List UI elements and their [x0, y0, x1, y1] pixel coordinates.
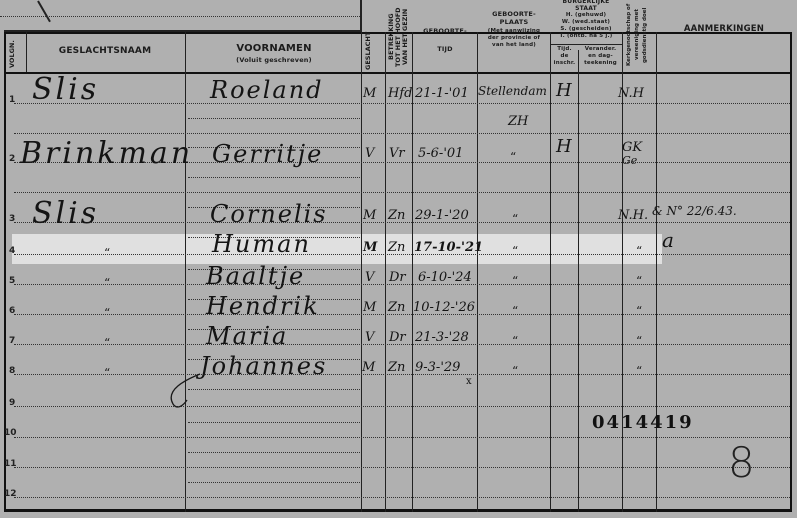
- row-number: 9: [9, 398, 15, 408]
- religion-cell: “: [636, 274, 642, 288]
- sex-cell: V: [365, 270, 374, 285]
- birth-place-cell: “: [510, 150, 516, 164]
- birth-date-cell: 29-1-'20: [415, 208, 469, 223]
- birth-date-mark: x: [466, 376, 472, 387]
- row-number: 10: [4, 428, 17, 438]
- row-number: 6: [9, 306, 15, 316]
- birth-date-cell: 21-1-'01: [415, 86, 469, 101]
- religion-cell: GK: [622, 140, 642, 155]
- col-divider: [578, 50, 579, 512]
- row-number: 5: [9, 276, 15, 286]
- birth-place-cell: “: [512, 364, 518, 378]
- given-name-cell: Hendrik: [206, 292, 320, 320]
- header-volgn: VOLGN.: [9, 40, 21, 68]
- row-number: 2: [9, 154, 15, 164]
- religion-cell: N.H.: [618, 208, 648, 223]
- birth-date-cell: 5-6-'01: [418, 146, 463, 161]
- row-number: 7: [9, 336, 15, 346]
- birth-date-cell: 9-3-'29: [415, 360, 460, 375]
- given-name-cell: Johannes: [200, 352, 327, 380]
- sex-cell: M: [363, 208, 376, 223]
- row-line: [14, 103, 790, 104]
- surname-cell: “: [104, 246, 110, 260]
- sub-line: [188, 452, 360, 453]
- religion-cell: “: [636, 304, 642, 318]
- header-geslachtsnaam: GESLACHTSNAAM: [30, 46, 180, 56]
- sub-line: [188, 389, 360, 390]
- decorative-line: [37, 1, 51, 23]
- religion-cell: “: [636, 334, 642, 348]
- given-name-cell: Roeland: [210, 76, 324, 104]
- surname-cell: Slis: [32, 196, 99, 231]
- religion-note: Ge: [622, 154, 637, 167]
- sex-cell: V: [365, 330, 374, 345]
- col-divider: [412, 32, 413, 512]
- subheader-divider: [551, 44, 622, 45]
- birth-place-cell: “: [512, 304, 518, 318]
- relation-cell: Dr: [389, 270, 406, 285]
- row-line: [14, 467, 790, 468]
- birth-place-cell: “: [512, 274, 518, 288]
- surname-cell: “: [104, 366, 110, 380]
- header-geboorteplaats: GEBOORTE- PLAATS: [478, 10, 550, 26]
- given-name-cell: Gerritje: [212, 140, 323, 168]
- birth-date-cell: 10-12-'26: [413, 300, 475, 315]
- sub-line: [188, 422, 360, 423]
- top-box-edge: [360, 0, 362, 30]
- header-kerkgenootschap: Kerkgenootschap of vereeniging met godsd…: [625, 2, 653, 68]
- surname-cell: Brinkman: [20, 136, 193, 171]
- header-aanmerkingen: AANMERKINGEN: [658, 24, 790, 34]
- col-divider: [26, 32, 27, 72]
- notes-cell: a: [662, 228, 674, 252]
- sex-cell: M: [363, 86, 376, 101]
- religion-cell: “: [636, 364, 642, 378]
- surname-cell: “: [104, 336, 110, 350]
- surname-cell: “: [104, 276, 110, 290]
- row-number: 11: [4, 459, 17, 469]
- header-burgerlijke-staat: BURGERLIJKE STAAT: [551, 0, 621, 12]
- header-geslacht: GESLACHT: [365, 36, 381, 70]
- given-name-cell: Maria: [206, 322, 288, 350]
- relation-cell: Dr: [389, 330, 406, 345]
- col-divider: [622, 32, 623, 512]
- birth-date-cell: 6-10-'24: [418, 270, 472, 285]
- col-divider: [185, 32, 186, 512]
- header-betrekking: BETREKKING TOT HET HOOFD VAN HET GEZIN: [388, 4, 410, 70]
- header-geboortetijd: GEBOORTE- TIJD: [413, 22, 477, 58]
- col-divider: [361, 32, 362, 512]
- birth-place-cell: Stellendam: [478, 84, 547, 98]
- col-divider: [477, 32, 478, 512]
- row-number: 12: [4, 489, 17, 499]
- header-voornamen-sub: (Voluit geschreven): [190, 56, 358, 64]
- birth-date-cell: 21-3-'28: [415, 330, 469, 345]
- sex-cell: M: [362, 360, 375, 375]
- sub-line: [188, 118, 360, 119]
- religion-cell: “: [636, 244, 642, 258]
- civil-status-cell: H: [556, 80, 572, 101]
- card-number: 8: [728, 438, 755, 487]
- sex-cell: M: [363, 300, 376, 315]
- surname-cell: “: [104, 306, 110, 320]
- birth-place-note: ZH: [508, 114, 528, 129]
- sub-line: [188, 177, 360, 178]
- col-divider: [550, 32, 551, 512]
- row-line: [14, 192, 790, 193]
- given-name-cell: Baaltje: [206, 262, 305, 290]
- stamp-number: 0414419: [592, 412, 694, 433]
- header-separator: [4, 72, 792, 74]
- relation-cell: Zn: [388, 240, 405, 255]
- surname-cell: Slis: [32, 72, 99, 107]
- relation-cell: Zn: [388, 208, 405, 223]
- header-verandering: Verander. en dag- teekening: [579, 46, 622, 67]
- relation-cell: Vr: [389, 146, 405, 161]
- given-name-cell: Human: [212, 230, 311, 258]
- given-name-cell: Cornelis: [210, 200, 328, 228]
- register-card: VOLGN. GESLACHTSNAAM VOORNAMEN (Voluit g…: [0, 0, 797, 518]
- relation-cell: Zn: [388, 360, 405, 375]
- header-geboorteplaats-sub: (Met aanwijzing der provincie of van het…: [478, 28, 550, 49]
- relation-cell: Hfd: [388, 86, 412, 101]
- top-dotted-line: [0, 16, 360, 17]
- birth-date-cell: 17-10-'21: [414, 240, 483, 255]
- sub-line: [188, 482, 360, 483]
- notes-cell: & N° 22/6.43.: [652, 204, 737, 218]
- header-voornamen: VOORNAMEN: [190, 43, 358, 54]
- sex-cell: M: [363, 240, 377, 255]
- row-line: [14, 437, 790, 438]
- row-number: 3: [9, 214, 15, 224]
- col-divider: [656, 32, 657, 512]
- row-number: 8: [9, 366, 15, 376]
- header-tijd-inschr: Tijd. de inschr.: [551, 46, 578, 67]
- religion-cell: N.H: [618, 86, 644, 101]
- row-number: 4: [9, 246, 15, 256]
- row-line: [14, 406, 790, 407]
- row-line: [14, 133, 790, 134]
- civil-status-cell: H: [556, 136, 572, 157]
- sex-cell: V: [365, 146, 374, 161]
- pen-flourish: [165, 370, 205, 410]
- birth-place-cell: “: [512, 212, 518, 226]
- birth-place-cell: “: [512, 244, 518, 258]
- relation-cell: Zn: [388, 300, 405, 315]
- birth-place-cell: “: [512, 334, 518, 348]
- col-divider: [385, 32, 386, 512]
- row-line: [14, 497, 790, 498]
- header-burgerlijke-staat-sub: H. (gehuwd) W. (wed.staat) S. (gescheide…: [551, 12, 621, 40]
- row-number: 1: [9, 95, 15, 105]
